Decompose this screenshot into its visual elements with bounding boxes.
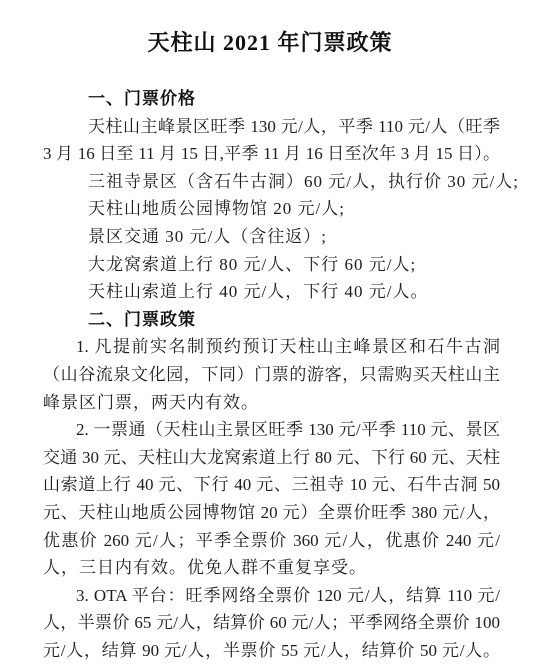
document-line: 人，半票价 65 元/人，结算价 60 元/人；平季网络全票价 100 [43, 609, 500, 637]
section-ticket-prices: 一、门票价格 天柱山主峰景区旺季 130 元/人，平季 110 元/人（旺季 3… [43, 85, 500, 306]
document-line: 交通 30 元、天柱山大龙窝索道上行 80 元、下行 60 元、天柱 [43, 444, 500, 472]
document-line: 峰景区门票，两天内有效。 [43, 389, 500, 417]
section-heading-ticket-prices: 一、门票价格 [43, 85, 500, 113]
document-line: 天柱山索道上行 40 元/人，下行 40 元/人。 [43, 278, 500, 306]
document-line: 大龙窝索道上行 80 元/人、下行 60 元/人; [43, 251, 500, 279]
document-line: 天柱山地质公园博物馆 20 元/人; [43, 195, 500, 223]
document-line: 山索道上行 40 元、下行 40 元、三祖寺 10 元、石牛古洞 50 [43, 471, 500, 499]
document-line: 三祖寺景区（含石牛古洞）60 元/人，执行价 30 元/人; [43, 168, 500, 196]
document-line: 天柱山主峰景区旺季 130 元/人，平季 110 元/人（旺季 [43, 113, 500, 141]
document-line: 1. 凡提前实名制预约预订天柱山主峰景区和石牛古洞 [43, 333, 500, 361]
document-line: 2. 一票通（天柱山主景区旺季 130 元/平季 110 元、景区 [43, 416, 500, 444]
document-line: 3 月 16 日至 11 月 15 日,平季 11 月 16 日至次年 3 月 … [43, 140, 500, 168]
document-title: 天柱山 2021 年门票政策 [0, 26, 540, 57]
document-line: 3. OTA 平台：旺季网络全票价 120 元/人，结算 110 元/ [43, 582, 500, 610]
document-line: 景区交通 30 元/人（含往返）; [43, 223, 500, 251]
document-line: 人，三日内有效。优免人群不重复享受。 [43, 554, 500, 582]
document-line: （山谷流泉文化园，下同）门票的游客，只需购买天柱山主 [43, 361, 500, 389]
document-line: 优惠价 260 元/人；平季全票价 360 元/人，优惠价 240 元/ [43, 527, 500, 555]
section-ticket-policy: 二、门票政策 1. 凡提前实名制预约预订天柱山主峰景区和石牛古洞 （山谷流泉文化… [43, 306, 500, 665]
document-line: 元/人，结算 90 元/人，半票价 55 元/人，结算价 50 元/人。 [43, 637, 500, 665]
document-line: 元、天柱山地质公园博物馆 20 元）全票价旺季 380 元/人， [43, 499, 500, 527]
document-page: 天柱山 2021 年门票政策 一、门票价格 天柱山主峰景区旺季 130 元/人，… [0, 0, 540, 666]
document-body: 一、门票价格 天柱山主峰景区旺季 130 元/人，平季 110 元/人（旺季 3… [43, 85, 500, 664]
section-heading-ticket-policy: 二、门票政策 [43, 306, 500, 334]
